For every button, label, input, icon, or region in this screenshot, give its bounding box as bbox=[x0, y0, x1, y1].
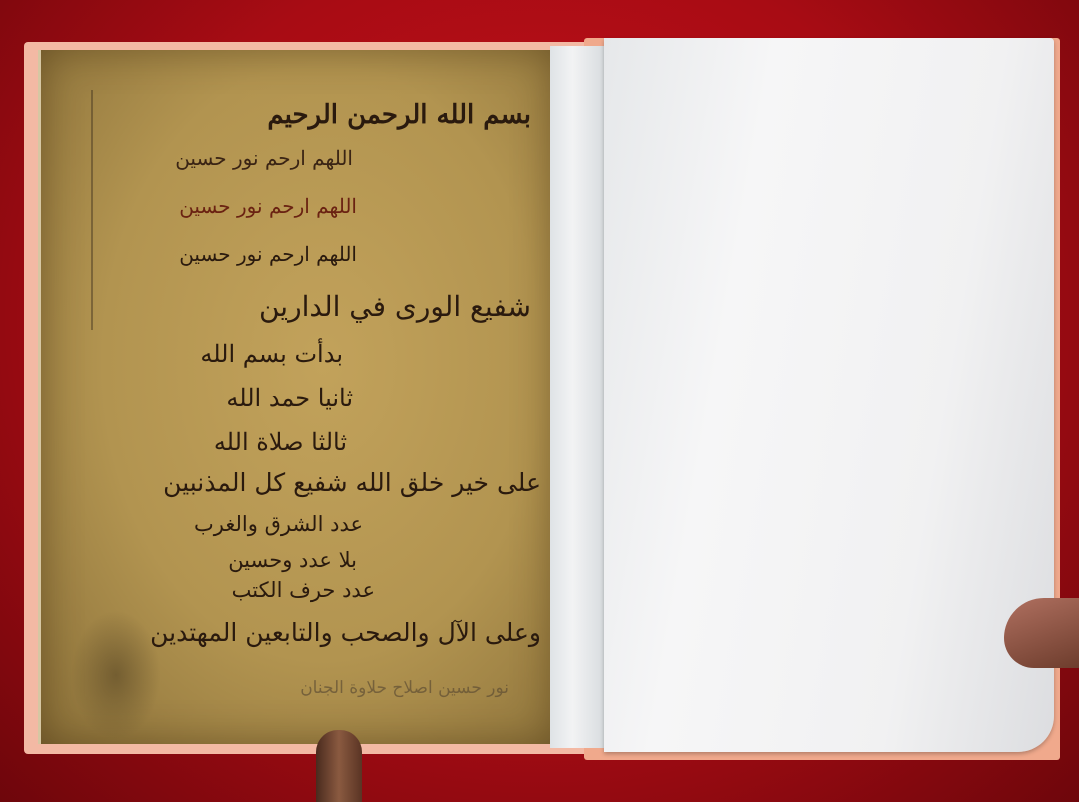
manuscript-line: اللهم ارحم نور حسين bbox=[179, 242, 357, 266]
manuscript-line: اللهم ارحم نور حسين bbox=[179, 194, 357, 218]
manuscript-line: اللهم ارحم نور حسين bbox=[175, 146, 353, 170]
folder-spine bbox=[550, 46, 606, 748]
manuscript-line: على خير خلق الله شفيع كل المذنبين bbox=[163, 468, 541, 497]
manuscript-line: بلا عدد وحسين bbox=[228, 548, 357, 572]
margin-rule bbox=[91, 90, 93, 330]
open-folder: بسم الله الرحمن الرحيم اللهم ارحم نور حس… bbox=[24, 38, 1064, 760]
manuscript-line: عدد الشرق والغرب bbox=[194, 512, 363, 536]
manuscript-page: بسم الله الرحمن الرحيم اللهم ارحم نور حس… bbox=[38, 50, 553, 744]
manuscript-line: ثانيا حمد الله bbox=[226, 384, 353, 412]
faded-footer-note: نور حسين اصلاح حلاوة الجنان bbox=[300, 678, 509, 698]
paper-stain bbox=[71, 610, 161, 740]
blank-page bbox=[604, 38, 1054, 752]
manuscript-line: وعلى الآل والصحب والتابعين المهتدين bbox=[150, 618, 541, 647]
manuscript-line: شفيع الورى في الدارين bbox=[259, 290, 531, 323]
manuscript-line: بدأت بسم الله bbox=[200, 340, 343, 368]
manuscript-line: ثالثا صلاة الله bbox=[214, 428, 347, 456]
hand-finger-right bbox=[1004, 598, 1079, 668]
hand-thumb-bottom bbox=[316, 730, 362, 802]
basmala-heading: بسم الله الرحمن الرحيم bbox=[267, 100, 531, 130]
manuscript-line: عدد حرف الكتب bbox=[232, 578, 375, 602]
